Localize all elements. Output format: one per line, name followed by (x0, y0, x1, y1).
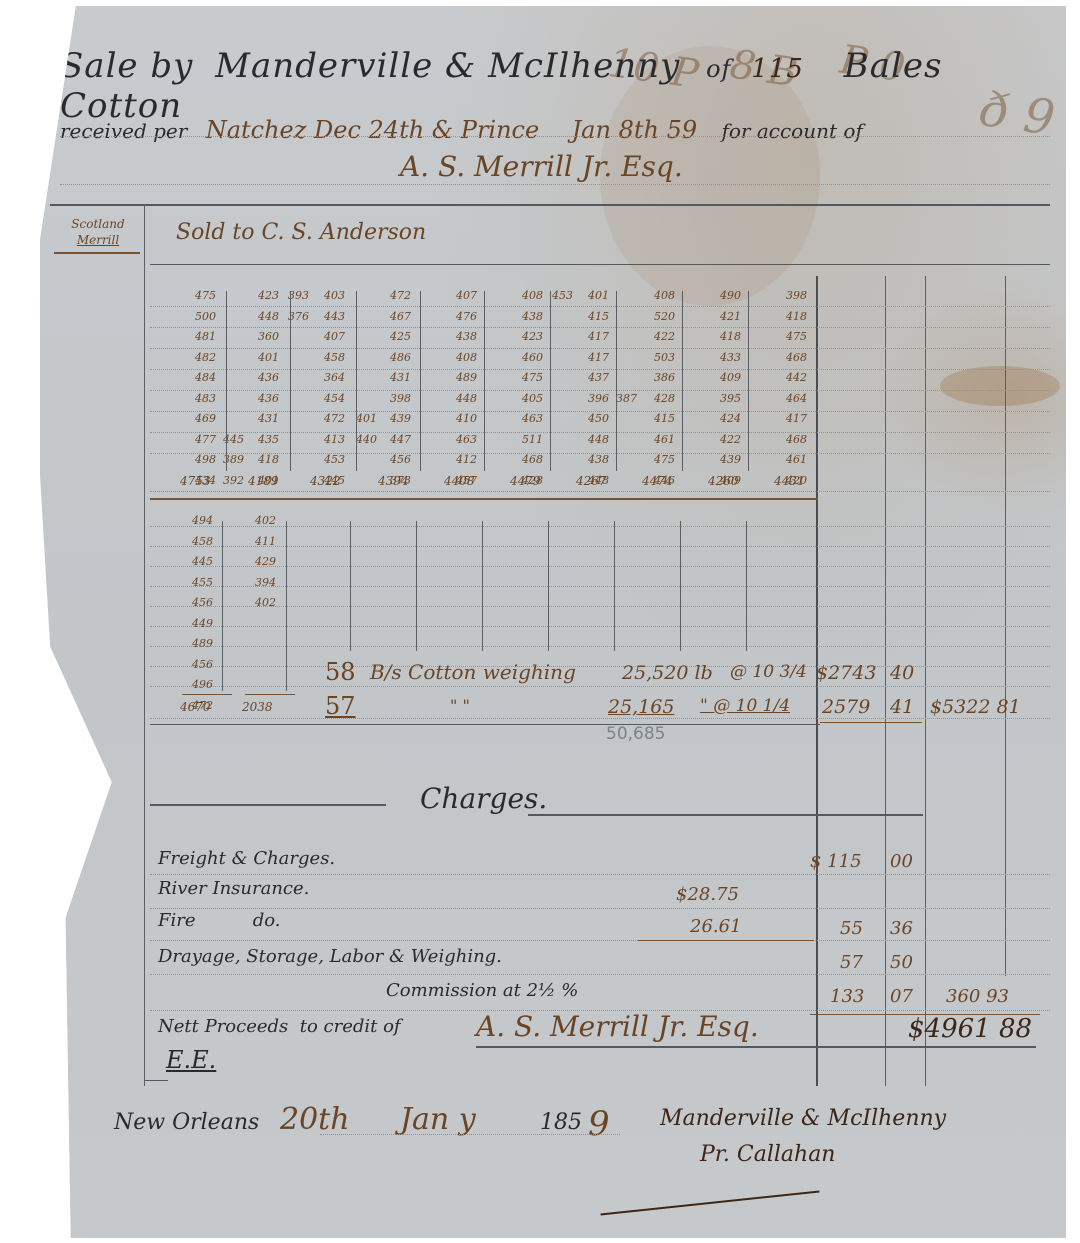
column-divider (356, 291, 357, 471)
sale-line-2-ditto: " " (450, 696, 470, 715)
weight-column-6-side: 453 (552, 286, 573, 307)
ruled-line (150, 646, 1050, 647)
weight-column-6-total: 4479 (510, 474, 541, 488)
column-sum-rule (245, 694, 295, 695)
charge-fire-insurance-amount: 26.61 (690, 916, 742, 937)
weight-column-7-side: 387 (616, 286, 637, 409)
net-proceeds-payee: A. S. Merrill Jr. Esq. (476, 1010, 759, 1043)
ruled-line (150, 908, 1050, 909)
header-rule (60, 184, 1050, 185)
ruled-line (150, 974, 1050, 975)
net-proceeds-label: Nett Proceeds to credit of (158, 1016, 401, 1037)
sale-line-2-bales: 57 (325, 692, 356, 720)
cents-column-line (885, 276, 886, 1086)
firm-name: Manderville & McIlhenny (215, 46, 680, 86)
ruled-line (150, 874, 1050, 875)
weight-column-5-total: 4408 (444, 474, 475, 488)
column-divider (222, 521, 223, 691)
weight-column-12: 402411429394402 (255, 511, 276, 614)
column-divider (484, 291, 485, 471)
sale-line-1-dollars: $2743 (816, 662, 876, 684)
weight-column-4-total: 4394 (378, 474, 409, 488)
column-divider (482, 521, 483, 651)
pencil-weight-total: 50,685 (606, 724, 665, 744)
column-divider (616, 291, 617, 471)
column-divider (290, 291, 291, 471)
weight-column-10: 398418475468442464417468461420 (786, 286, 807, 491)
charge-river-insurance-label: River Insurance. (158, 878, 309, 899)
upper-block-total-rule (150, 498, 818, 500)
sale-line-2-dollars: 2579 (822, 696, 870, 718)
sale-line-1-rate: @ 10 3/4 (730, 662, 807, 682)
column-divider (416, 521, 417, 651)
column-divider (548, 521, 549, 651)
sale-line-1-bales: 58 (325, 658, 356, 686)
weight-column-7: 401415417417437396450448438448 (588, 286, 609, 491)
column-divider (286, 521, 287, 691)
ruled-line (150, 526, 1050, 527)
sale-line-1-cents: 40 (890, 662, 914, 684)
weight-column-7-total: 4267 (576, 474, 607, 488)
charges-heading: Charges. (420, 782, 547, 815)
ruled-line (150, 940, 1050, 941)
sale-line-2-rate: " @ 10 1/4 (700, 696, 790, 716)
weight-column-10-total: 4431 (774, 474, 805, 488)
signature-firm: Manderville & McIlhenny (660, 1106, 946, 1131)
charge-insurance-total-dollars: 55 (840, 918, 863, 939)
date-place: New Orleans (114, 1110, 259, 1135)
sale-line-2-cents: 41 (890, 696, 914, 718)
weight-column-1: 475500481482484483469477498434 (195, 286, 216, 491)
signature-flourish (600, 1191, 819, 1216)
weight-column-2-side: 393376 (288, 286, 309, 327)
ruled-line (150, 491, 1050, 492)
column-sum-rule (182, 694, 232, 695)
sale-line-1-weight: 25,520 lb (622, 662, 713, 684)
date-day: 20th (280, 1102, 350, 1137)
weight-column-6: 408438423460475405463511468428 (522, 286, 543, 491)
weight-column-3: 403443407458364454472413453445 (324, 286, 345, 491)
header-line1: Sale by Manderville & McIlhenny of 115 B… (60, 46, 1066, 126)
margin-mark-merrill: Merrill (56, 232, 140, 248)
charge-insurance-total-cents: 36 (890, 918, 913, 939)
charge-commission-dollars: 133 (830, 986, 864, 1007)
weight-column-8-total: 4474 (642, 474, 673, 488)
charges-total: 360 93 (946, 986, 1009, 1007)
account-of-label: for account of (721, 119, 862, 143)
weight-column-11: 494458445455456449489456496472 (192, 511, 213, 716)
charge-fire-insurance-label: Fire do. (158, 910, 280, 931)
weight-column-8: 408520422503386428415461475446 (654, 286, 675, 491)
weight-column-5: 407476438408489448410463412457 (456, 286, 477, 491)
charge-commission-cents: 07 (890, 986, 913, 1007)
weight-column-3-total: 4322 (310, 474, 341, 488)
bales-count: 115 (751, 54, 804, 84)
ruled-line (150, 586, 1050, 587)
weight-column-2-total: 4189 (248, 474, 279, 488)
margin-underline (54, 252, 140, 254)
ruled-line (150, 718, 1050, 719)
header-line2: received per Natchez Dec 24th & Prince J… (60, 116, 863, 144)
total-column-line (925, 276, 926, 1086)
account-name: A. S. Merrill Jr. Esq. (400, 150, 683, 183)
column-divider (226, 291, 227, 471)
gross-sales-total: $5322 81 (930, 696, 1021, 718)
weight-column-9-total: 4260 (708, 474, 739, 488)
date-rule (320, 1134, 620, 1135)
weight-column-12-total: 2038 (242, 700, 273, 714)
date-year-printed: 185 (540, 1110, 582, 1135)
net-proceeds-amount: $4961 88 (908, 1014, 1032, 1044)
insurance-sum-rule (638, 940, 814, 941)
table-top-border (50, 204, 1050, 206)
ruled-line (150, 606, 1050, 607)
column-divider (350, 521, 351, 651)
ruled-line (150, 666, 1050, 667)
column-divider (748, 291, 749, 471)
margin-marks: Scotland Merrill (56, 216, 140, 248)
charge-drayage-cents: 50 (890, 952, 913, 973)
ruled-line (150, 546, 1050, 547)
charge-drayage-label: Drayage, Storage, Labor & Weighing. (158, 946, 502, 967)
header-rule (60, 136, 1050, 137)
column-divider (746, 521, 747, 651)
sale-line-2-weight: 25,165 (608, 696, 674, 718)
charges-heading-rule-left (150, 804, 386, 806)
margin-mark-scotland: Scotland (56, 216, 140, 232)
charge-drayage-dollars: 57 (840, 952, 863, 973)
column-divider (550, 291, 551, 471)
column-divider (680, 521, 681, 651)
column-divider (420, 291, 421, 471)
frame-bottom-rule (144, 1080, 168, 1081)
charges-heading-rule-right (528, 814, 923, 816)
sales-sum-rule (820, 722, 922, 723)
weight-column-9: 490421418433409395424422439409 (720, 286, 741, 491)
of-label: of (706, 55, 731, 83)
ruled-line (150, 626, 1050, 627)
weight-column-3-side: 401440 (356, 286, 377, 450)
charge-commission-label: Commission at 2½ % (386, 980, 578, 1001)
ruled-line (150, 686, 1050, 687)
weight-column-2: 423448360401436436431435418401 (258, 286, 279, 491)
charge-freight-cents: 00 (890, 851, 913, 872)
charge-freight-dollars: $ 115 (810, 851, 862, 872)
sold-to-rule (150, 264, 1050, 265)
errors-excepted: E.E. (166, 1046, 216, 1074)
column-divider (682, 291, 683, 471)
net-proceeds-rule (476, 1046, 1036, 1048)
header-prefix: Sale by (60, 46, 193, 86)
column-divider (614, 521, 615, 651)
charge-freight-label: Freight & Charges. (158, 848, 335, 869)
date-year-written: 9 (588, 1104, 610, 1144)
weight-column-4: 472467425486431398439447456373 (390, 286, 411, 491)
vessel-names: Natchez Dec 24th & Prince (206, 116, 540, 144)
received-per-label: received per (60, 119, 187, 143)
signature-agent: Pr. Callahan (700, 1142, 835, 1167)
water-stain (940, 366, 1060, 406)
margin-column-line (144, 204, 145, 1086)
ruled-line (150, 566, 1050, 567)
charge-river-insurance-amount: $28.75 (676, 884, 739, 905)
vessel-date: Jan 8th 59 (572, 116, 698, 144)
sale-line-1-description: B/s Cotton weighing (370, 660, 576, 684)
lower-block-rule (150, 724, 820, 725)
date-month: Jan y (400, 1102, 476, 1137)
weight-column-1-total: 4753 (180, 474, 211, 488)
ledger-paper: 10 P 8 B P 0 ð 9 Sale by Manderville & M… (40, 6, 1066, 1238)
sold-to-buyer: Sold to C. S. Anderson (176, 220, 426, 245)
weight-column-11-total: 4670 (180, 700, 211, 714)
